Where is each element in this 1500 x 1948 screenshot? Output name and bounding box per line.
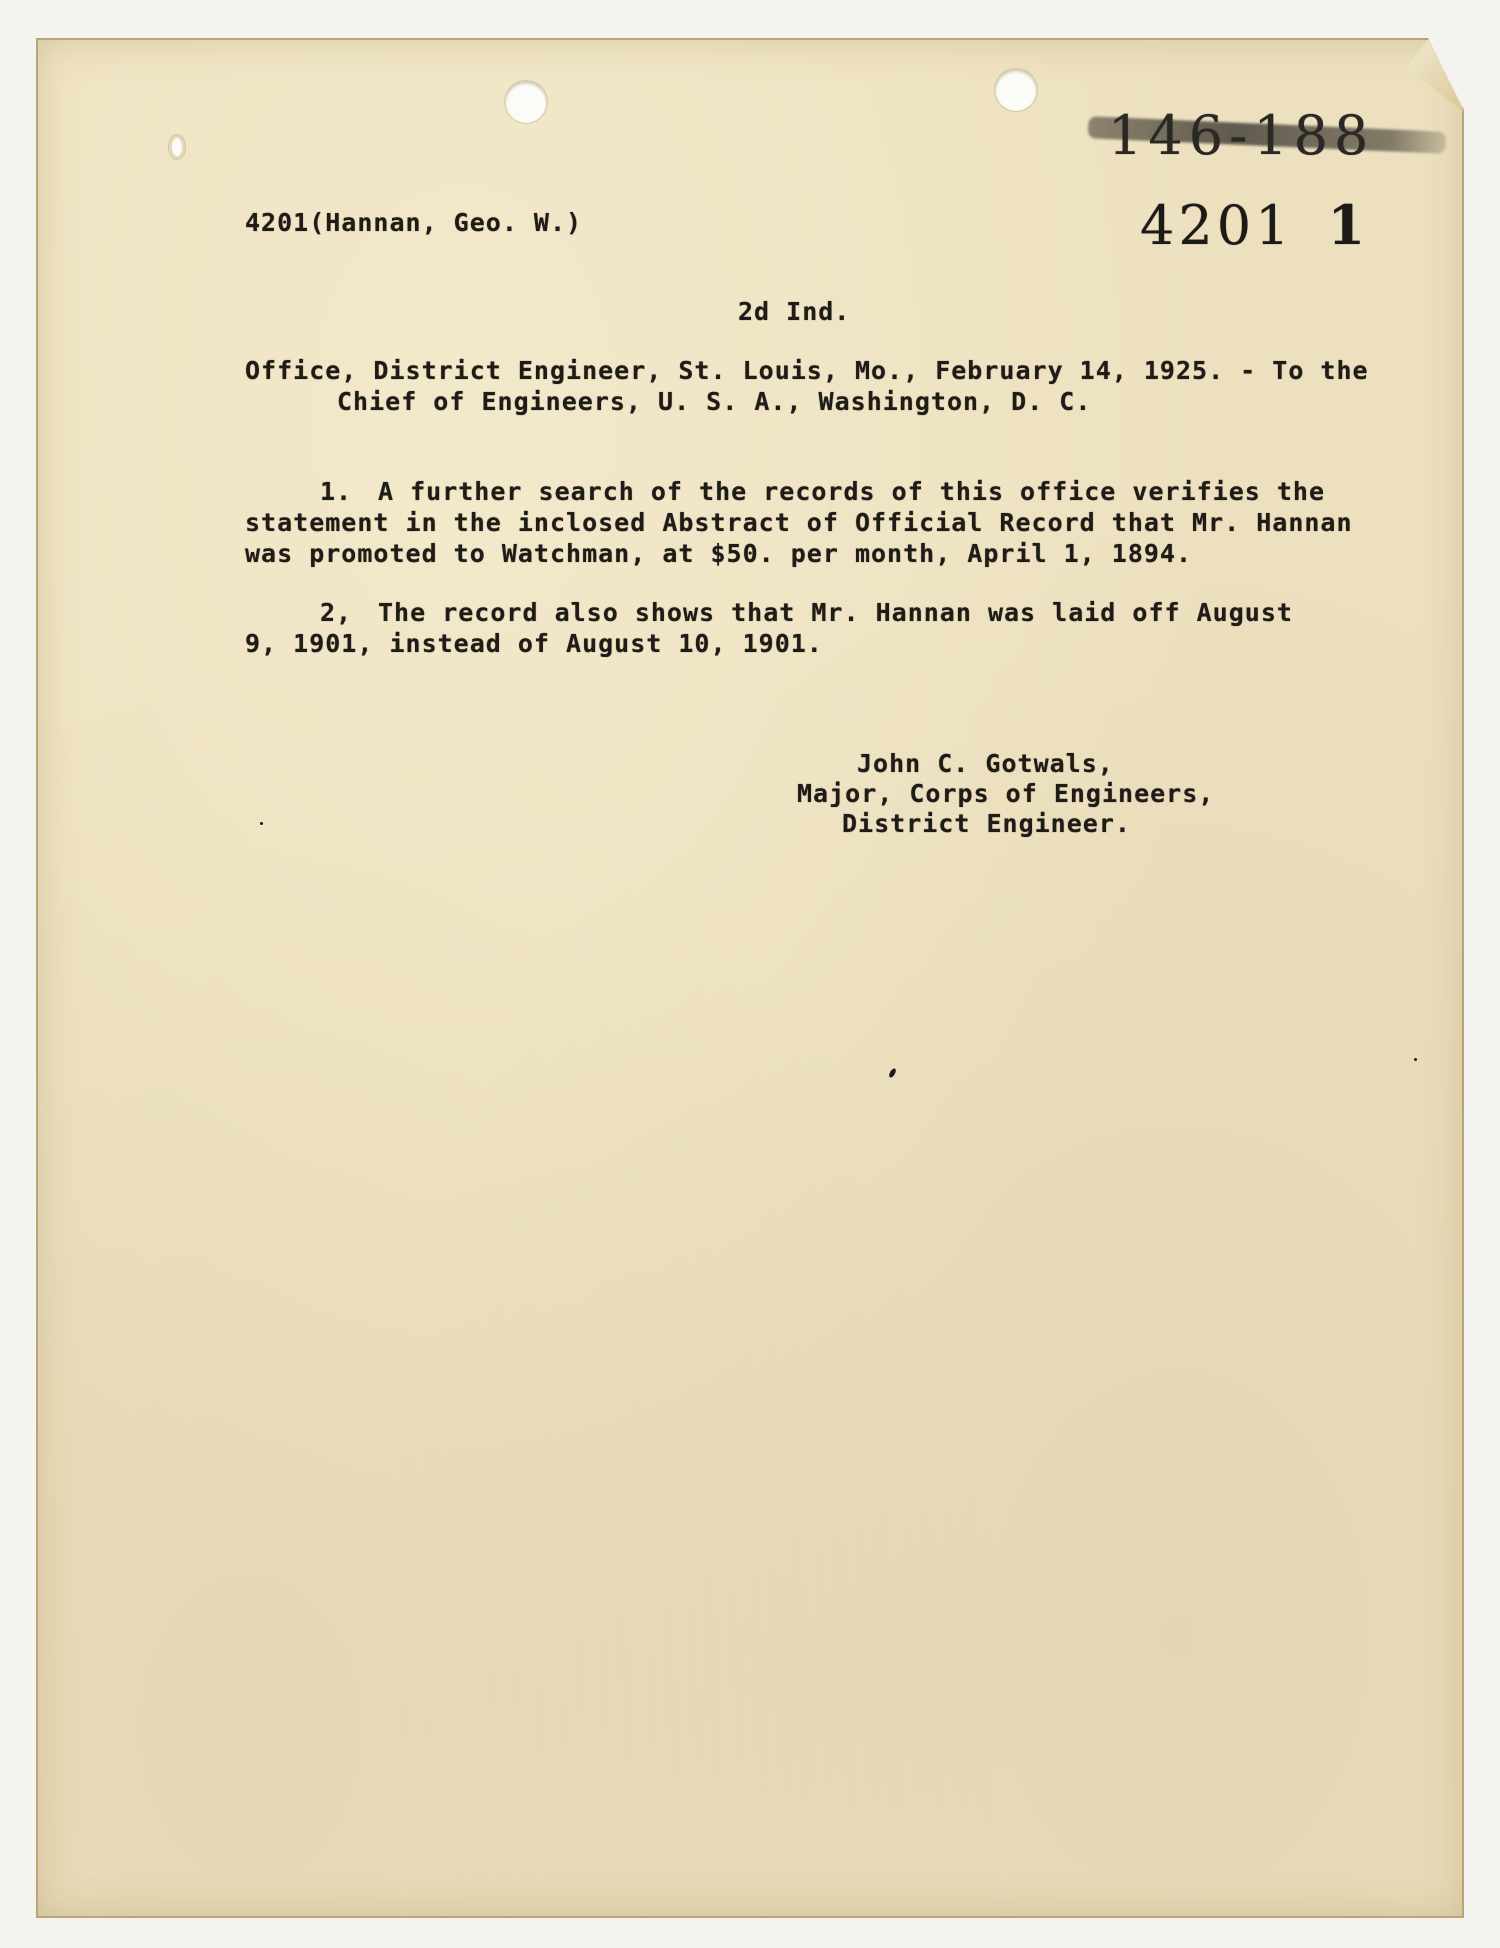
signer-title: District Engineer. [842, 808, 1131, 839]
punch-hole-right [995, 69, 1037, 111]
paragraph-2-line-1: The record also shows that Mr. Hannan wa… [378, 597, 1293, 628]
file-number-stamp: 42011 [1140, 193, 1369, 257]
file-reference: 4201(Hannan, Geo. W.) [245, 207, 582, 238]
indorsement-heading: 2d Ind. [738, 296, 850, 327]
file-number: 4201 [1140, 194, 1293, 257]
watermark: ​ [560, 905, 1460, 1014]
pin-hole [172, 138, 182, 156]
paragraph-1-line-3: was promoted to Watchman, at $50. per mo… [245, 538, 1192, 569]
heading-line-2: Chief of Engineers, U. S. A., Washington… [337, 386, 1091, 417]
sheet-number: 1 [1327, 193, 1369, 257]
paragraph-1-line-1: A further search of the records of this … [378, 476, 1325, 507]
paragraph-2-number: 2, [320, 597, 352, 628]
punch-hole-left [505, 81, 547, 123]
paragraph-2-line-2: 9, 1901, instead of August 10, 1901. [245, 628, 823, 659]
dust-speck [1414, 1058, 1417, 1061]
signer-name: John C. Gotwals, [857, 748, 1114, 779]
paragraph-1-line-2: statement in the inclosed Abstract of Of… [245, 507, 1353, 538]
paragraph-1-number: 1. [320, 476, 352, 507]
dust-speck [260, 822, 263, 825]
signer-rank: Major, Corps of Engineers, [797, 778, 1214, 809]
heading-line-1: Office, District Engineer, St. Louis, Mo… [245, 355, 1369, 386]
old-file-number-stamp: 146-188 [1108, 104, 1374, 167]
